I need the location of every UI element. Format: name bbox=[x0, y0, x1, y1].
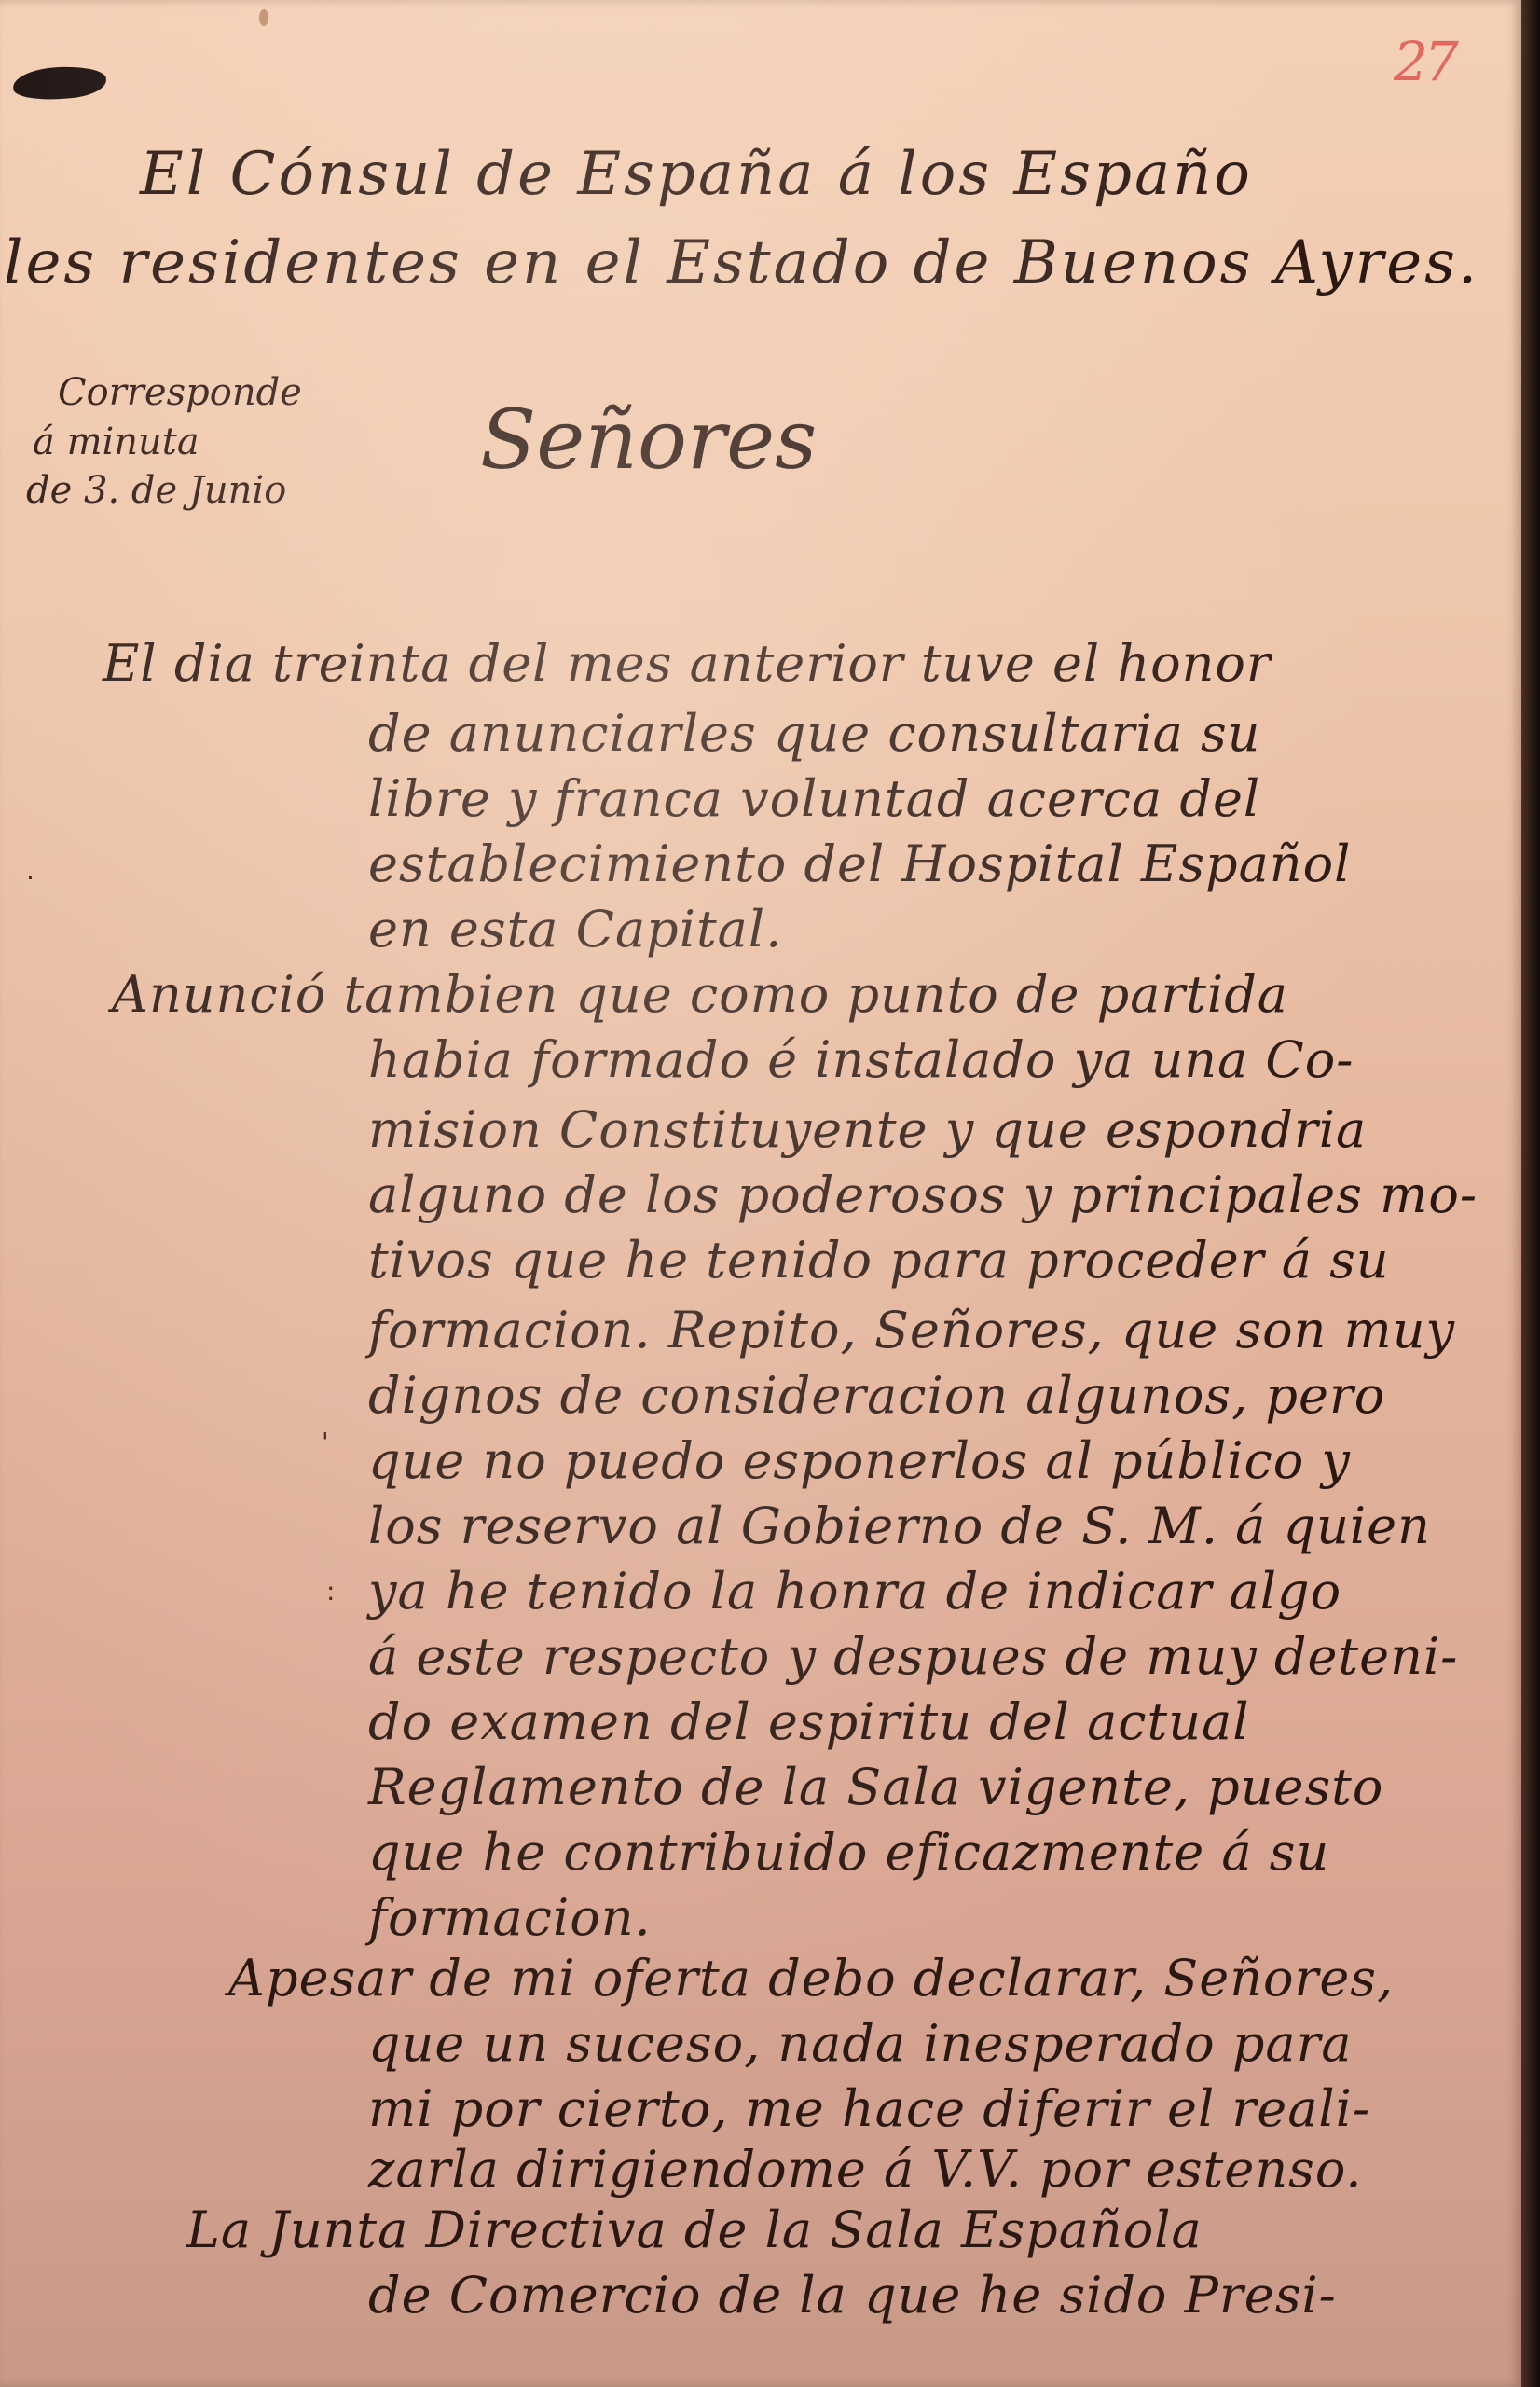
body-line: tivos que he tenido para proceder á su bbox=[368, 1231, 1390, 1290]
margin-mark: ' bbox=[322, 1427, 329, 1457]
body-line: habia formado é instalado ya una Co- bbox=[368, 1030, 1354, 1089]
body-line: alguno de los poderosos y principales mo… bbox=[368, 1166, 1478, 1224]
body-line: mi por cierto, me hace diferir el reali- bbox=[368, 2079, 1370, 2138]
body-line: formacion. Repito, Señores, que son muy bbox=[368, 1301, 1455, 1359]
body-line: establecimiento del Hospital Español bbox=[368, 835, 1351, 893]
title-line-2: les residentes en el Estado de Buenos Ay… bbox=[4, 228, 1479, 297]
folio-number: 27 bbox=[1394, 30, 1455, 93]
body-line: de anunciarles que consultaria su bbox=[368, 704, 1260, 763]
body-line: que he contribuido eficazmente á su bbox=[368, 1823, 1329, 1882]
body-line: zarla dirigiendome á V.V. por estenso. bbox=[368, 2140, 1363, 2199]
margin-note-line-2: á minuta bbox=[33, 418, 199, 466]
margin-note-line-1: Corresponde bbox=[58, 368, 302, 417]
page-edge-shadow bbox=[1521, 0, 1540, 2387]
body-line: que no puedo esponerlos al público y bbox=[368, 1431, 1351, 1490]
body-line: ya he tenido la honra de indicar algo bbox=[368, 1562, 1341, 1621]
paper-hole bbox=[12, 64, 107, 103]
body-line: La Junta Directiva de la Sala Española bbox=[186, 2201, 1203, 2259]
body-line: los reservo al Gobierno de S. M. á quien bbox=[368, 1497, 1431, 1555]
margin-note-line-3: de 3. de Junio bbox=[26, 466, 286, 515]
body-line: libre y franca voluntad acerca del bbox=[368, 769, 1260, 828]
body-line: en esta Capital. bbox=[368, 900, 782, 959]
body-line: mision Constituyente y que espondria bbox=[368, 1100, 1367, 1159]
ink-stain bbox=[259, 9, 268, 26]
salutation: Señores bbox=[480, 392, 817, 488]
body-line: formacion. bbox=[368, 1888, 652, 1947]
title-line-1: El Cónsul de España á los Españo bbox=[140, 140, 1253, 209]
body-line: Anunció tambien que como punto de partid… bbox=[112, 965, 1288, 1024]
body-line: Reglamento de la Sala vigente, puesto bbox=[368, 1758, 1383, 1816]
body-line: de Comercio de la que he sido Presi- bbox=[368, 2266, 1337, 2325]
body-line: que un suceso, nada inesperado para bbox=[368, 2014, 1353, 2073]
manuscript-page: 27 El Cónsul de España á los Españo les … bbox=[0, 0, 1521, 2387]
body-line: á este respecto y despues de muy deteni- bbox=[368, 1627, 1458, 1686]
body-line: El dia treinta del mes anterior tuve el … bbox=[103, 634, 1272, 693]
body-line: do examen del espiritu del actual bbox=[368, 1692, 1250, 1751]
margin-mark: · bbox=[26, 862, 34, 893]
body-line: dignos de consideracion algunos, pero bbox=[368, 1366, 1385, 1425]
body-line: Apesar de mi oferta debo declarar, Señor… bbox=[228, 1949, 1394, 2008]
margin-mark: : bbox=[326, 1576, 335, 1607]
